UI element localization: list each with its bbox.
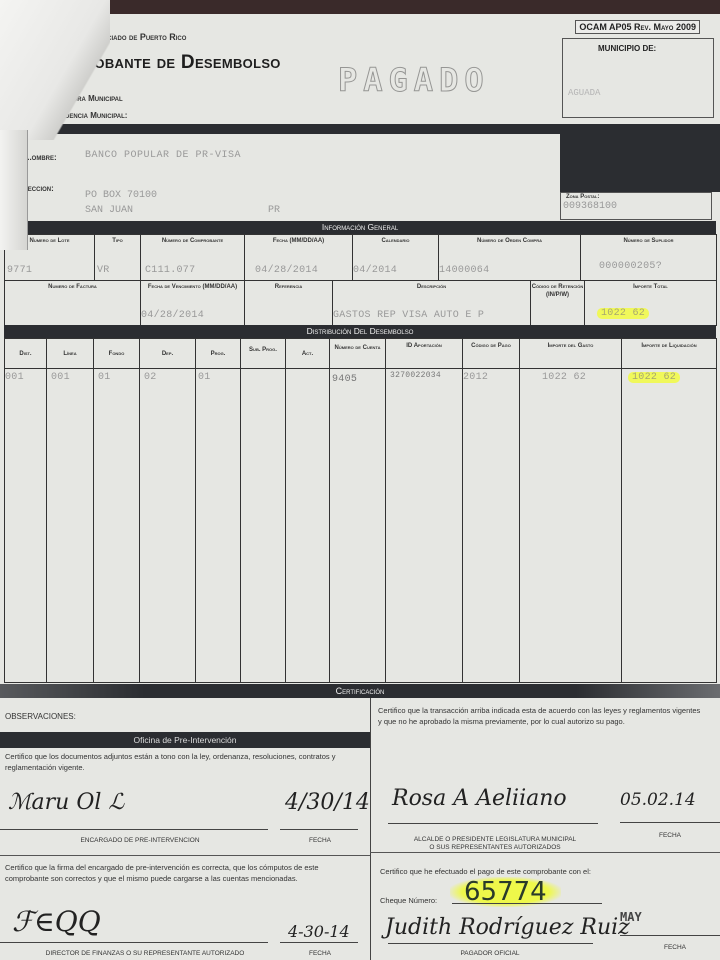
pre-intervention-signature: ℳaru Ol ℒ bbox=[8, 790, 124, 815]
pre-intervention-caption: ENCARGADO DE PRE-INTERVENCION bbox=[40, 837, 240, 844]
total-amount-cell: Importe Total1022 62 bbox=[585, 281, 717, 326]
date-caption: FECHA bbox=[640, 832, 700, 839]
municipality-label: MUNICIPIO DE: bbox=[598, 44, 656, 53]
distribution-title: Distribución Del Desembolso bbox=[4, 325, 716, 338]
payment-certification-text: Certifico que he efectuado el pago de es… bbox=[380, 867, 700, 878]
table-row: 001 001 01 02 01 9405 3270022034 2012 10… bbox=[5, 369, 717, 683]
total-amount-value: 1022 62 bbox=[597, 308, 649, 319]
address-line1: PO BOX 70100 bbox=[85, 190, 157, 201]
date-caption: FECHA bbox=[290, 950, 350, 957]
type-cell: TipoVR bbox=[95, 235, 141, 281]
finance-date: 4-30-14 bbox=[288, 922, 350, 941]
payer-caption: PAGADOR OFICIAL bbox=[440, 950, 540, 957]
payment-date-caption: FECHA bbox=[650, 944, 700, 951]
paid-stamp: PAGADO bbox=[335, 58, 493, 102]
zip-label: Zona Postal: bbox=[566, 194, 599, 200]
address-state: PR bbox=[268, 205, 280, 216]
cheque-number-label: Cheque Número: bbox=[380, 896, 437, 905]
finance-director-caption: DIRECTOR DE FINANZAS O SU REPRESENTANTE … bbox=[30, 950, 260, 957]
general-info-title: Información General bbox=[4, 221, 716, 234]
payer-signature: Judith Rodríguez Ruiz bbox=[385, 915, 630, 940]
certification-title: Certificación bbox=[0, 684, 720, 698]
mayor-certification-text: Certifico que la transacción arriba indi… bbox=[378, 706, 703, 727]
shaded-block bbox=[560, 134, 720, 192]
signature-line bbox=[388, 943, 593, 944]
description-cell: DescripciónGASTOS REP VISA AUTO E P bbox=[333, 281, 531, 326]
folded-page-edge bbox=[0, 130, 28, 250]
pre-intervention-date: 4/30/14 bbox=[285, 790, 370, 815]
date-line bbox=[620, 935, 720, 936]
column-divider bbox=[370, 698, 371, 960]
distribution-table: Dist. Línea Fondo Dep. Prog. Sub. Prog. … bbox=[4, 338, 717, 683]
section-divider bbox=[0, 855, 370, 856]
date-caption: FECHA bbox=[290, 837, 350, 844]
general-info-row1: Numero de Lote9771 TipoVR Número de Comp… bbox=[4, 234, 717, 281]
date-line bbox=[280, 829, 358, 830]
general-info-row2: Numero de Factura Fecha de Vencimiento (… bbox=[4, 280, 717, 326]
calendar-cell: Calendario04/2014 bbox=[353, 235, 439, 281]
supplier-number-cell: Número de Suplidor000000205? bbox=[581, 235, 717, 281]
folded-page-corner bbox=[0, 0, 110, 140]
address-city: SAN JUAN bbox=[85, 205, 133, 216]
signature-line bbox=[0, 829, 268, 830]
signature-line bbox=[388, 823, 598, 824]
date-line bbox=[620, 822, 720, 823]
date-line bbox=[280, 942, 358, 943]
retention-code-cell: Código de Retención (IN/P/W) bbox=[531, 281, 585, 326]
reference-cell: Referencia bbox=[245, 281, 333, 326]
date-cell: Fecha (MM/DD/AA)04/28/2014 bbox=[245, 235, 353, 281]
observations-label: OBSERVACIONES: bbox=[5, 712, 76, 721]
mayor-signature: Rosa A Aeliiano bbox=[392, 786, 567, 811]
form-code: OCAM AP05 Rev. Mayo 2009 bbox=[575, 20, 700, 34]
section-divider bbox=[370, 852, 720, 853]
pre-intervention-text: Certifico que los documentos adjuntos es… bbox=[5, 752, 360, 773]
due-date-cell: Fecha de Vencimiento (MM/DD/AA)04/28/201… bbox=[141, 281, 245, 326]
signature-line bbox=[0, 942, 268, 943]
invoice-number-cell: Numero de Factura bbox=[5, 281, 141, 326]
payee-name-label: ...ombre: bbox=[25, 153, 57, 162]
mayor-caption: ALCALDE O PRESIDENTE LEGISLATURA MUNICIP… bbox=[395, 836, 595, 853]
voucher-number-cell: Número de ComprobanteC111.077 bbox=[141, 235, 245, 281]
finance-director-signature: ℱ∈QQ bbox=[12, 905, 101, 938]
finance-certification-text: Certifico que la firma del encargado de … bbox=[5, 863, 360, 884]
mayor-date: 05.02.14 bbox=[620, 790, 696, 810]
liquidation-amount-value: 1022 62 bbox=[628, 372, 680, 383]
cheque-line bbox=[452, 903, 602, 904]
payee-name-value: BANCO POPULAR DE PR-VISA bbox=[85, 150, 241, 161]
municipality-value: AGUADA bbox=[568, 88, 600, 98]
pre-intervention-title: Oficina de Pre-Intervención bbox=[0, 732, 370, 748]
purchase-order-cell: Número de Orden Compra14000064 bbox=[439, 235, 581, 281]
distribution-header-row: Dist. Línea Fondo Dep. Prog. Sub. Prog. … bbox=[5, 339, 717, 369]
zip-value: 009368100 bbox=[563, 201, 617, 212]
payment-date-stamp: MAY bbox=[620, 910, 642, 924]
